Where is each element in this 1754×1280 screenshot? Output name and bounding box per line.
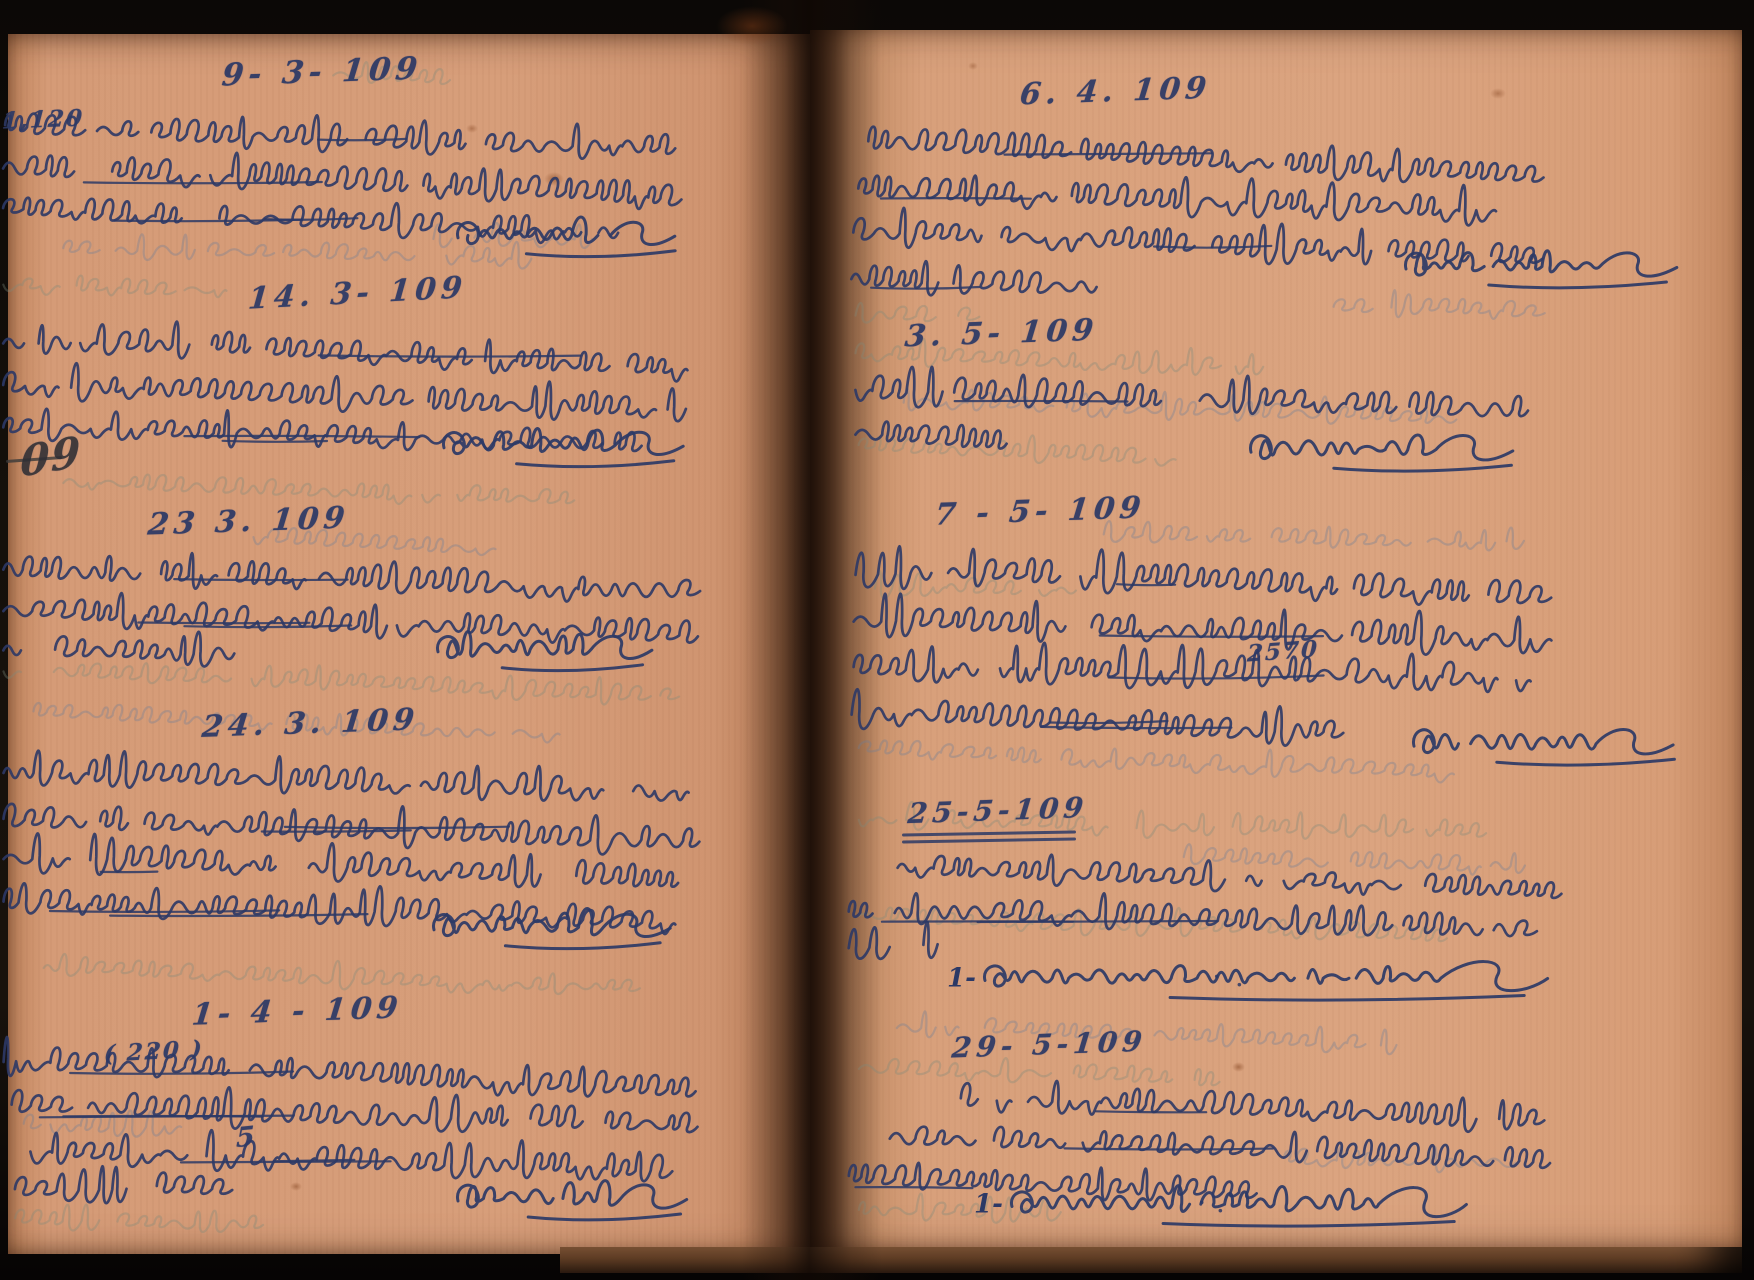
handwritten-line — [848, 686, 1344, 746]
handwriting-layer: 9- 3- 10914. 3- 10923 3. 10924. 3. 1091-… — [0, 0, 1754, 1280]
headmaster-signature — [452, 214, 704, 278]
assistant-signature-prefix: 1- — [947, 964, 976, 994]
logbook-scan: 9- 3- 10914. 3- 10923 3. 10924. 3. 1091-… — [0, 0, 1754, 1280]
headmaster-signature — [1245, 426, 1545, 494]
handwritten-line — [0, 1164, 252, 1220]
inline-numeral: 5 — [236, 1121, 257, 1154]
entry-date: 3. 5- 109 — [903, 313, 1100, 355]
handwritten-line — [852, 410, 1017, 468]
entry-date: 1- 4 - 109 — [190, 990, 404, 1033]
entry-date: 7 - 5- 109 — [933, 490, 1147, 533]
headmaster-signature — [1408, 720, 1708, 788]
headmaster-signature — [428, 906, 690, 970]
headmaster-signature — [438, 424, 704, 488]
inline-numeral: 1,120 — [1, 105, 85, 135]
entry-date: 29- 5-109 — [950, 1025, 1148, 1065]
handwritten-line — [0, 628, 238, 684]
headmaster-signature — [1400, 244, 1700, 310]
entry-date: 23 3. 109 — [146, 500, 351, 542]
handwritten-line — [845, 926, 957, 980]
headmaster-signature — [452, 1176, 710, 1242]
assistant-signature: 1- — [972, 1184, 1472, 1246]
bleed-through-line — [0, 268, 230, 314]
assistant-signature-prefix: 1- — [974, 1190, 1003, 1220]
entry-date: 24. 3. 109 — [200, 702, 421, 745]
entry-date: 9- 3- 109 — [220, 50, 424, 93]
handwritten-line — [848, 252, 1098, 310]
entry-date: 6. 4. 109 — [1018, 71, 1213, 113]
entry-date: 25-5-109 — [906, 791, 1090, 830]
inline-numeral: 2570 — [1247, 635, 1320, 667]
headmaster-signature — [432, 628, 670, 692]
inline-numeral: ( 220 ) — [103, 1035, 204, 1067]
assistant-signature: 1- — [945, 958, 1545, 1020]
